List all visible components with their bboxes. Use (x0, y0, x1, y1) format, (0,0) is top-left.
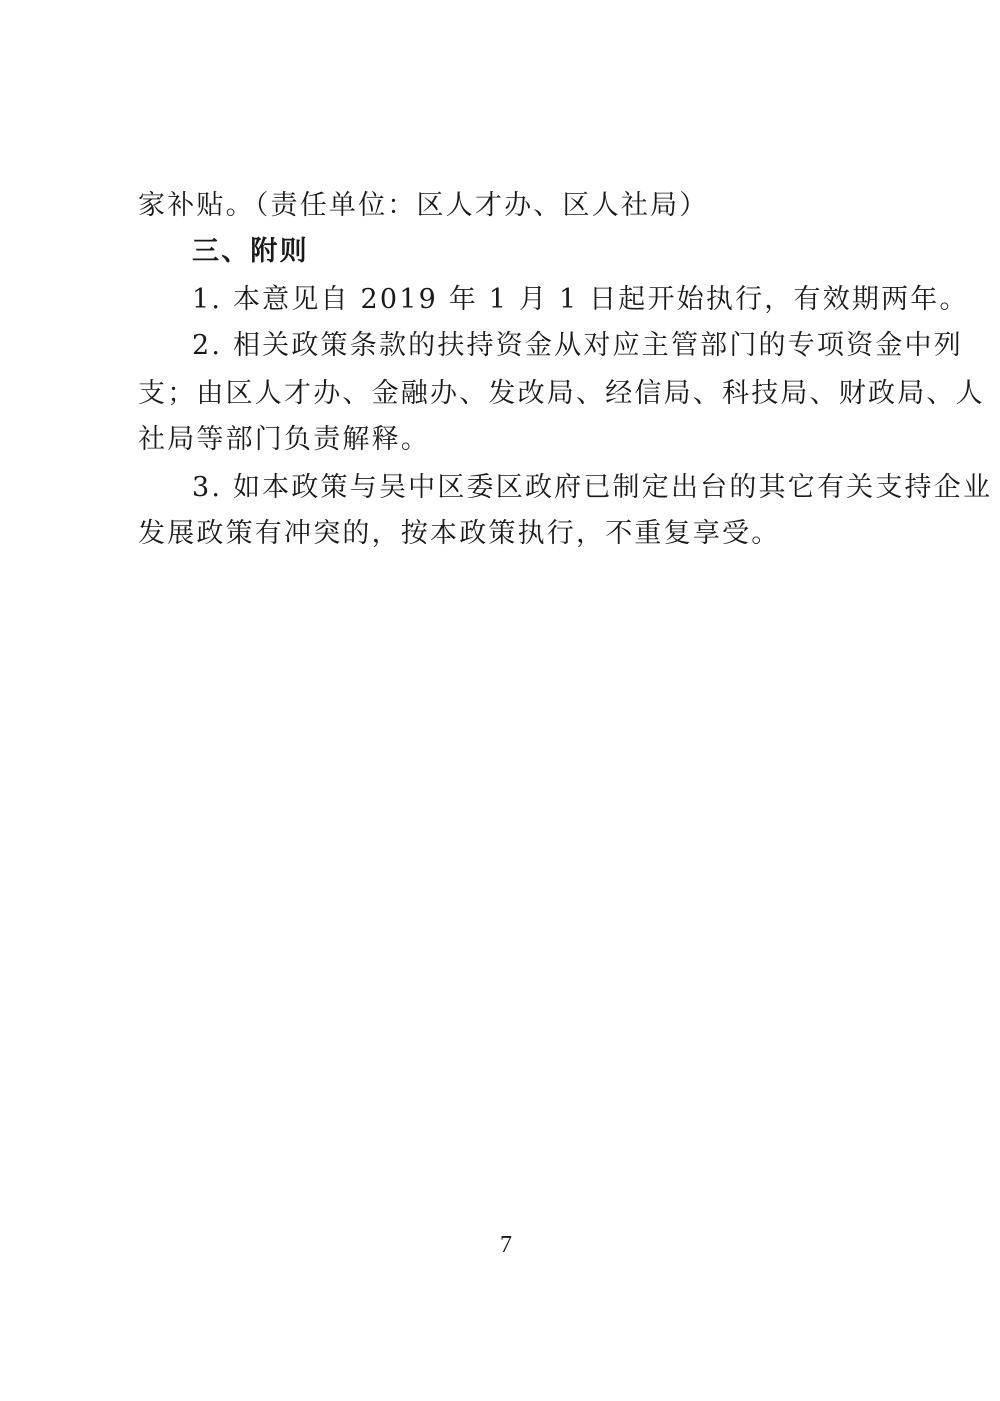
clause-2-line-3: 社局等部门负责解释。 (138, 420, 430, 460)
paragraph-line-continuation: 家补贴。（责任单位：区人才办、区人社局） (138, 186, 709, 226)
clause-2-line-2: 支；由区人才办、金融办、发改局、经信局、科技局、财政局、人 (138, 374, 985, 414)
clause-3-line-1: 3. 如本政策与吴中区委区政府已制定出台的其它有关支持企业 (192, 468, 992, 508)
section-heading-appendix: 三、附则 (192, 232, 309, 272)
page-number: 7 (500, 1232, 512, 1259)
clause-3-line-2: 发展政策有冲突的，按本政策执行，不重复享受。 (138, 514, 780, 554)
clause-2-line-1: 2. 相关政策条款的扶持资金从对应主管部门的专项资金中列 (192, 326, 963, 366)
clause-1: 1. 本意见自 2019 年 1 月 1 日起开始执行，有效期两年。 (192, 280, 969, 320)
